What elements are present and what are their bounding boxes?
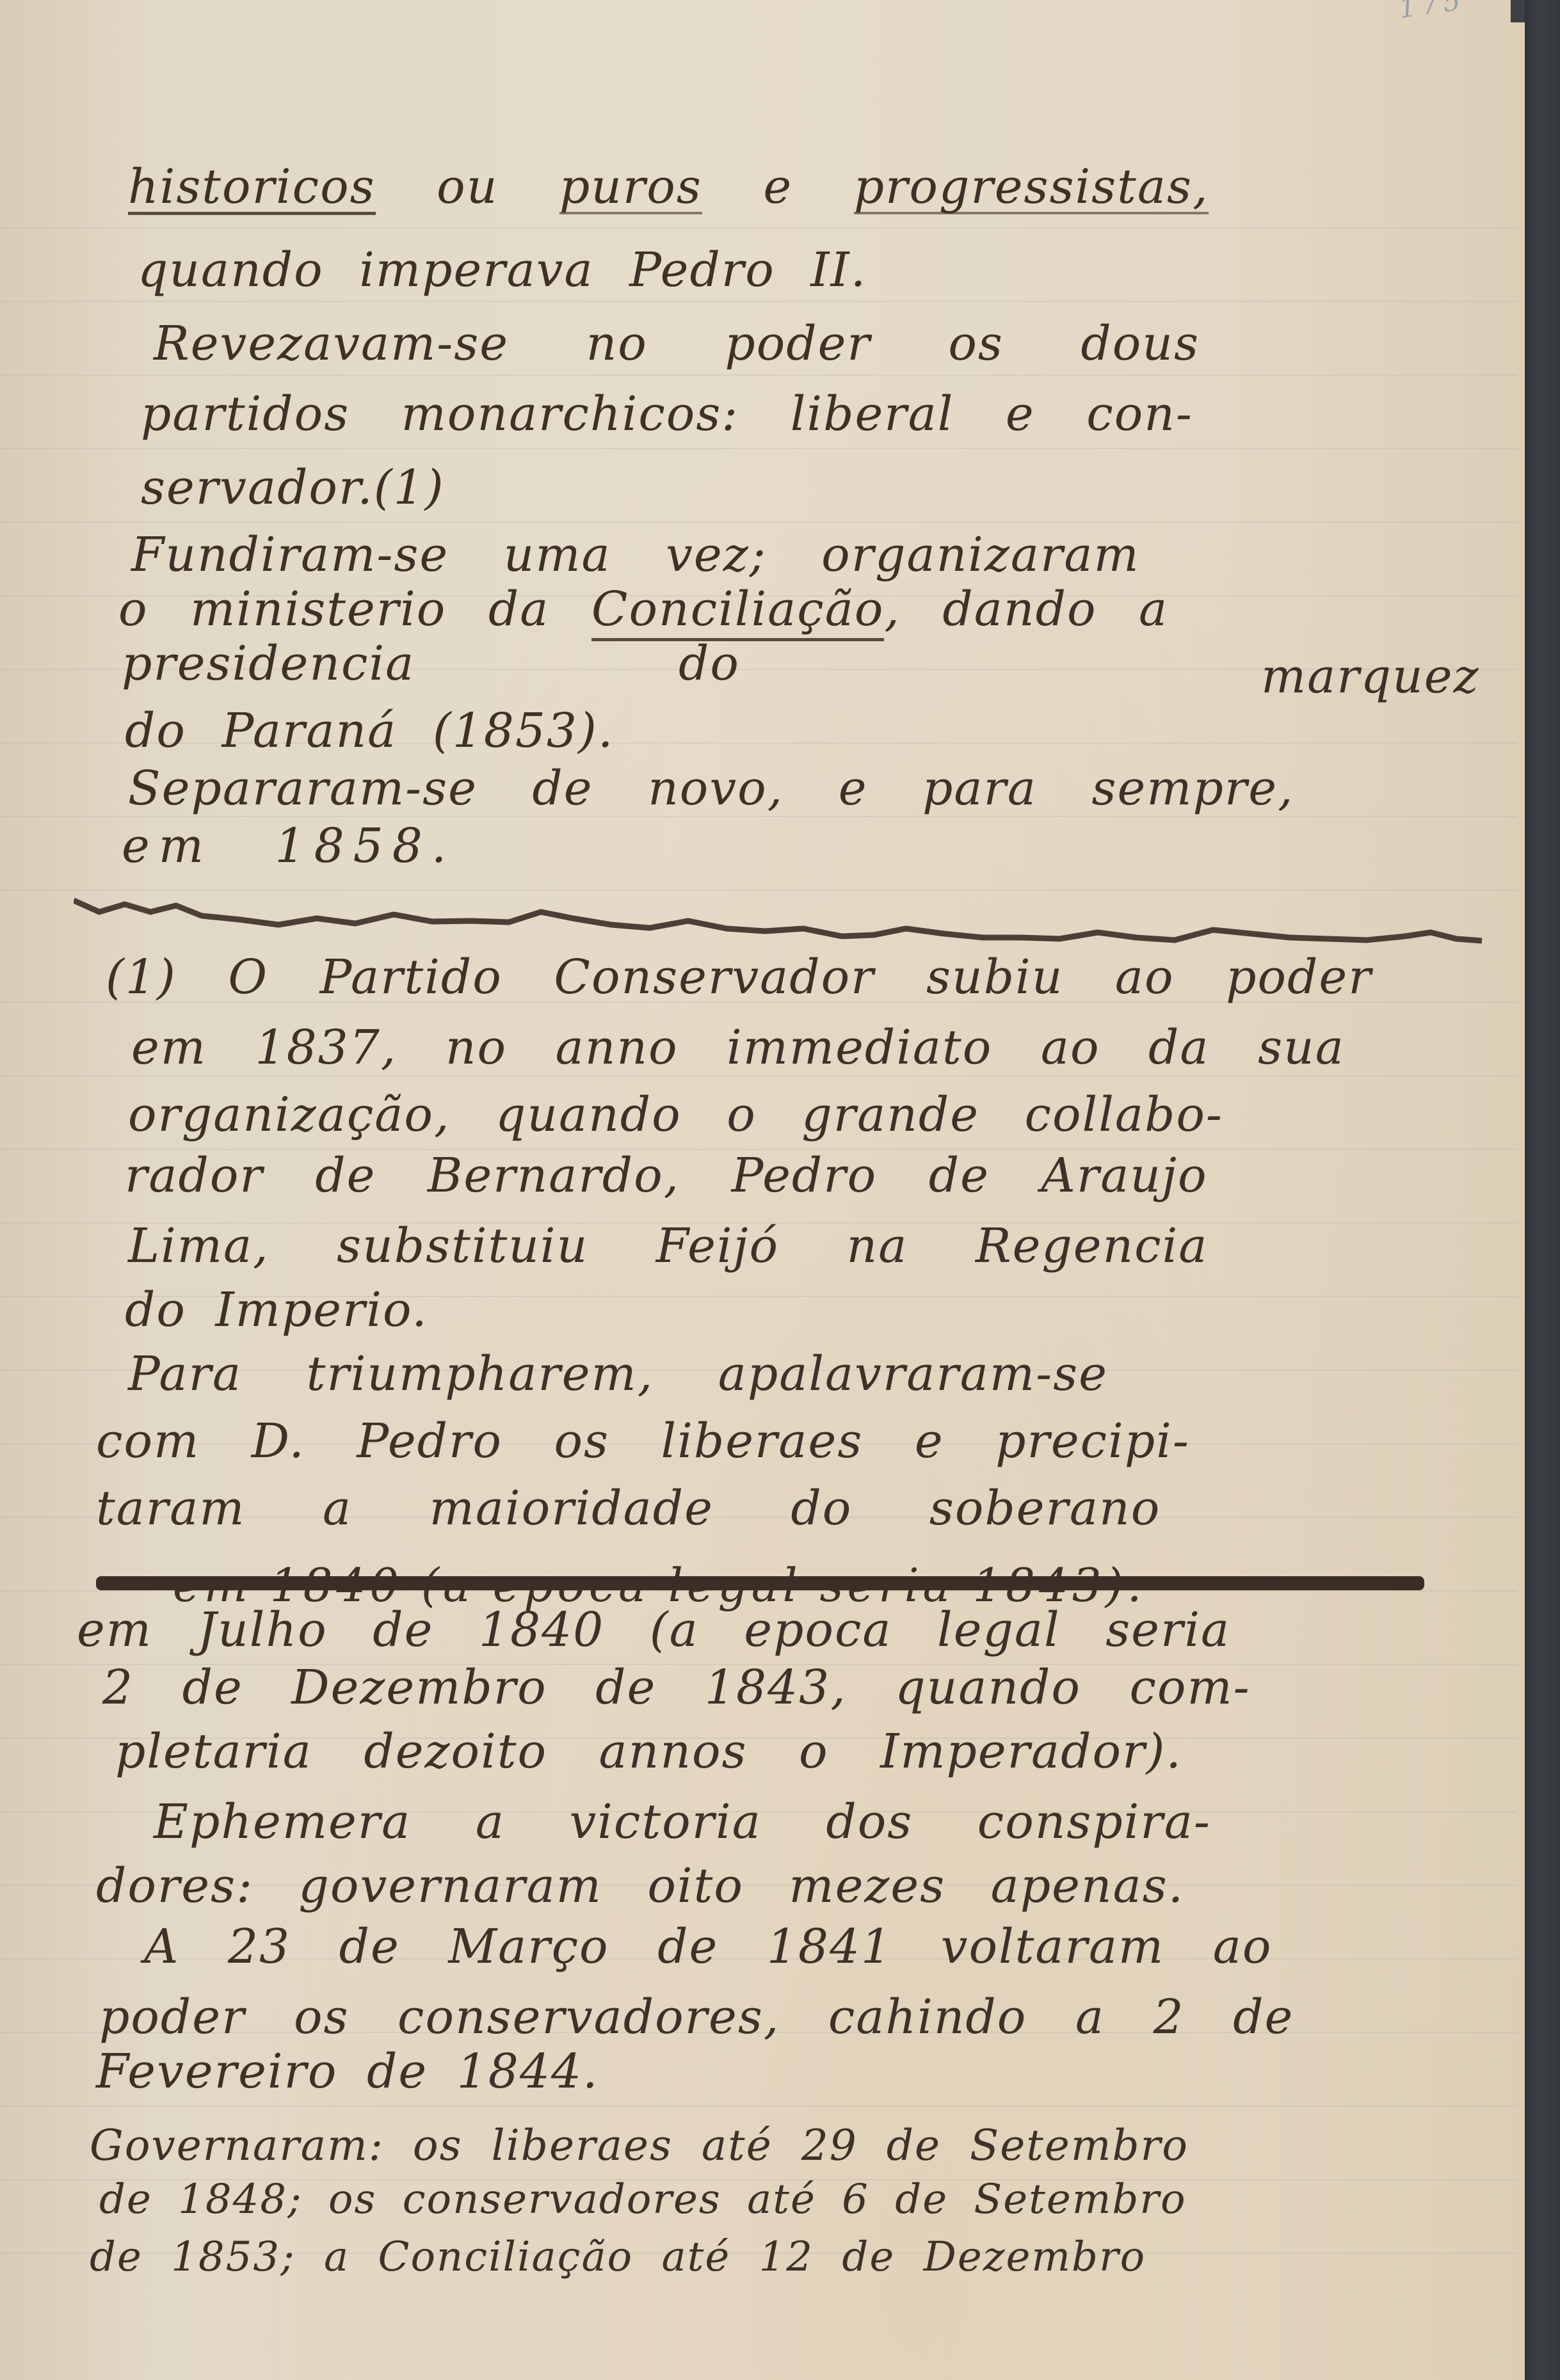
text-line-10: Separaram-se de novo, e para sempre, xyxy=(128,765,1294,812)
footnote-line-6: do Imperio. xyxy=(125,1286,428,1334)
word: ou xyxy=(437,163,498,211)
text-fragment: marquez xyxy=(1261,653,1479,700)
text-line-5: servador.(1) xyxy=(141,464,445,511)
text-fragment: do xyxy=(679,640,740,687)
text-line-1: historicos ou puros e progressistas, xyxy=(128,163,1209,215)
text-line-9: do Paraná (1853). xyxy=(125,707,614,755)
text-line-7: o ministerio da Conciliação, dando a xyxy=(118,586,1168,633)
ruled-line xyxy=(0,890,1517,891)
footnote-line-12: 2 de Dezembro de 1843, quando com- xyxy=(102,1664,1251,1711)
underlined-word: puros xyxy=(559,163,702,214)
footnote-line-17: poder os conservadores, cahindo a 2 de xyxy=(99,1993,1294,2041)
footnote-line-5: Lima, substituiu Feijó na Regencia xyxy=(128,1222,1208,1270)
ruled-line xyxy=(0,522,1517,523)
footnote-line-11: em Julho de 1840 (a epoca legal seria xyxy=(77,1606,1230,1654)
ruled-line xyxy=(0,227,1517,228)
text-line-3: Revezavam-se no poder os dous xyxy=(154,320,1200,367)
footnote-line-20: de 1848; os conservadores até 6 de Setem… xyxy=(99,2179,1187,2220)
footnote-line-21: de 1853; a Conciliação até 12 de Dezembr… xyxy=(90,2237,1146,2278)
wavy-separator-line xyxy=(74,893,1495,950)
footnote-line-8: com D. Pedro os liberaes e precipi- xyxy=(96,1418,1190,1465)
word: e xyxy=(763,163,792,211)
text-line-11: em 1858. xyxy=(122,822,455,870)
text-line-8: presidencia do marquez xyxy=(122,640,1472,687)
footnote-line-4: rador de Bernardo, Pedro de Araujo xyxy=(125,1152,1208,1199)
text-line-6: Fundiram-se uma vez; organizaram xyxy=(131,531,1140,579)
underlined-word: progressistas, xyxy=(854,163,1209,214)
footnote-line-16: A 23 de Março de 1841 voltaram ao xyxy=(144,1923,1272,1970)
footnote-line-19: Governaram: os liberaes até 29 de Setemb… xyxy=(90,2125,1189,2167)
ruled-line xyxy=(0,301,1517,302)
footnote-line-3: organização, quando o grande collabo- xyxy=(128,1091,1223,1138)
strikethrough-bar xyxy=(96,1576,1424,1590)
footnote-line-2: em 1837, no anno immediato ao da sua xyxy=(131,1024,1345,1071)
text-fragment: presidencia xyxy=(122,636,415,691)
ruled-line xyxy=(0,816,1517,817)
footnote-line-18: Fevereiro de 1844. xyxy=(96,2048,599,2095)
ruled-line xyxy=(0,448,1517,449)
footnote-line-14: Ephemera a victoria dos conspira- xyxy=(154,1798,1211,1846)
footnote-line-7: Para triumpharem, apalavraram-se xyxy=(128,1350,1108,1398)
ruled-line xyxy=(0,1075,1517,1076)
footnote-line-1: (1) O Partido Conservador subiu ao poder xyxy=(106,954,1372,1001)
footnote-line-9: taram a maioridade do soberano xyxy=(96,1485,1161,1532)
footnote-line-13: pletaria dezoito annos o Imperador). xyxy=(115,1728,1182,1775)
underlined-word: historicos xyxy=(128,163,376,215)
book-binding xyxy=(1525,0,1560,2380)
text-line-2: quando imperava Pedro II. xyxy=(138,246,867,294)
underlined-word: Conciliação xyxy=(591,582,885,641)
text-line-4: partidos monarchicos: liberal e con- xyxy=(141,390,1193,438)
ruled-line xyxy=(0,2105,1517,2107)
footnote-line-15: dores: governaram oito mezes apenas. xyxy=(96,1862,1184,1910)
ruled-line xyxy=(0,374,1517,376)
text-fragment: , dando a xyxy=(884,582,1168,637)
text-fragment: o ministerio da xyxy=(118,582,591,637)
